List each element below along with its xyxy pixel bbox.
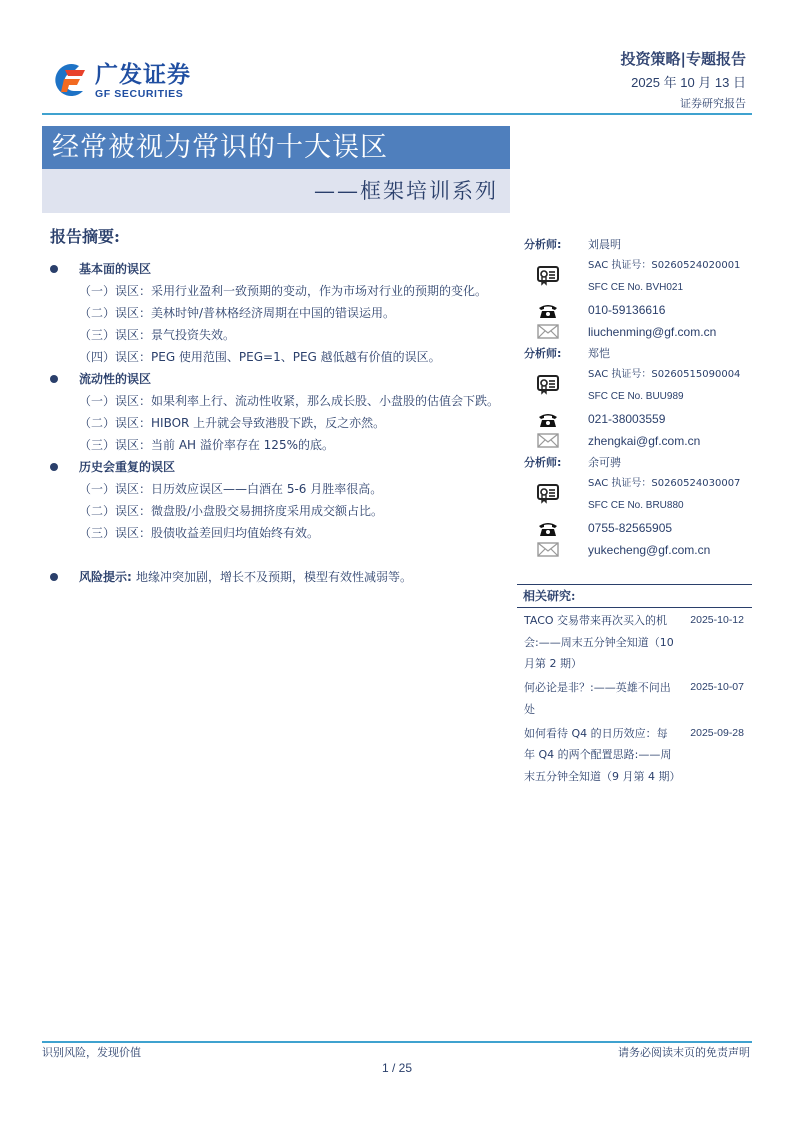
related-research-title[interactable]: 何必论是非？:——英雄不问出处: [524, 677, 676, 720]
analyst-name: 余可骋: [588, 453, 621, 473]
certificate-icon: [537, 375, 559, 395]
analyst-sfc-number: SFC CE No. BUU989: [588, 387, 684, 407]
report-subtitle: ——框架培训系列: [314, 175, 498, 207]
section-title: 基本面的误区: [79, 262, 151, 276]
analyst-card: 分析师: 郑恺 SAC 执证号：S0260515090004 SFC CE No…: [520, 344, 754, 453]
report-title: 经常被视为常识的十大误区: [52, 130, 388, 166]
summary-item: （三）误区：当前 AH 溢价率存在 125%的底。: [42, 434, 512, 456]
risk-label: 风险提示:: [79, 570, 132, 584]
analyst-label: 分析师:: [524, 235, 561, 255]
summary-item: （三）误区：股债收益差回归均值始终有效。: [42, 522, 512, 544]
summary-item: （一）误区：日历效应误区——白酒在 5-6 月胜率很高。: [42, 478, 512, 500]
summary-section-liquidity: 流动性的误区 （一）误区：如果利率上行、流动性收紧，那么成长股、小盘股的估值会下…: [42, 368, 512, 456]
bullet-icon: [50, 375, 58, 383]
summary-body: 基本面的误区 （一）误区：采用行业盈利一致预期的变动，作为市场对行业的预期的变化…: [42, 258, 512, 588]
related-research-heading: 相关研究:: [517, 584, 752, 608]
title-band: 经常被视为常识的十大误区: [42, 126, 510, 169]
analyst-sac-license: SAC 执证号：S0260515090004: [588, 365, 740, 385]
bullet-icon: [50, 463, 58, 471]
analyst-phone: 010-59136616: [588, 300, 665, 320]
report-type: 投资策略|专题报告: [621, 48, 746, 70]
gf-securities-logo: 广发证券 GF SECURITIES: [49, 58, 209, 104]
summary-section-fundamentals: 基本面的误区 （一）误区：采用行业盈利一致预期的变动，作为市场对行业的预期的变化…: [42, 258, 512, 368]
certificate-icon: [537, 484, 559, 504]
subtitle-band: ——框架培训系列: [42, 169, 510, 213]
section-title: 历史会重复的误区: [79, 460, 175, 474]
report-kind: 证券研究报告: [621, 95, 746, 113]
related-research-date: 2025-10-07: [690, 677, 744, 699]
report-date: 2025 年 10 月 13 日: [621, 72, 746, 94]
summary-item: （一）误区：采用行业盈利一致预期的变动，作为市场对行业的预期的变化。: [42, 280, 512, 302]
email-icon: [537, 433, 559, 448]
telephone-icon: [537, 303, 559, 319]
page-number: 1 / 25: [0, 1060, 794, 1076]
telephone-icon: [537, 521, 559, 537]
analyst-name: 刘晨明: [588, 235, 621, 255]
header-meta: 投资策略|专题报告 2025 年 10 月 13 日 证券研究报告: [621, 48, 746, 113]
certificate-icon: [537, 266, 559, 286]
gf-logo-icon: [49, 61, 89, 101]
summary-item: （二）误区：HIBOR 上升就会导致港股下跌，反之亦然。: [42, 412, 512, 434]
telephone-icon: [537, 412, 559, 428]
related-research-item[interactable]: 如何看待 Q4 的日历效应：每年 Q4 的两个配置思路:——周末五分钟全知道（9…: [517, 723, 752, 788]
related-research-title[interactable]: TACO 交易带来再次买入的机会:——周末五分钟全知道（10月第 2 期）: [524, 610, 676, 675]
related-research-date: 2025-09-28: [690, 723, 744, 745]
related-research-item[interactable]: 何必论是非？:——英雄不问出处 2025-10-07: [517, 677, 752, 720]
footer-divider: [42, 1041, 752, 1043]
bullet-icon: [50, 265, 58, 273]
summary-item: （二）误区：美林时钟/普林格经济周期在中国的错误运用。: [42, 302, 512, 324]
analyst-email[interactable]: zhengkai@gf.com.cn: [588, 431, 700, 451]
logo-english-name: GF SECURITIES: [95, 88, 191, 100]
analyst-phone: 0755-82565905: [588, 518, 672, 538]
section-title: 流动性的误区: [79, 372, 151, 386]
analyst-sfc-number: SFC CE No. BRU880: [588, 496, 684, 516]
footer-slogan: 识别风险，发现价值: [42, 1045, 141, 1061]
bullet-icon: [50, 573, 58, 581]
email-icon: [537, 324, 559, 339]
email-icon: [537, 542, 559, 557]
analyst-label: 分析师:: [524, 453, 561, 473]
analyst-label: 分析师:: [524, 344, 561, 364]
related-research-item[interactable]: TACO 交易带来再次买入的机会:——周末五分钟全知道（10月第 2 期） 20…: [517, 610, 752, 675]
related-research-title[interactable]: 如何看待 Q4 的日历效应：每年 Q4 的两个配置思路:——周末五分钟全知道（9…: [524, 723, 676, 788]
header-divider: [42, 113, 752, 115]
related-research: 相关研究: TACO 交易带来再次买入的机会:——周末五分钟全知道（10月第 2…: [517, 584, 752, 788]
footer-disclaimer-note: 请务必阅读末页的免责声明: [618, 1045, 750, 1061]
summary-item: （一）误区：如果利率上行、流动性收紧，那么成长股、小盘股的估值会下跌。: [42, 390, 512, 412]
analyst-phone: 021-38003559: [588, 409, 665, 429]
analyst-sfc-number: SFC CE No. BVH021: [588, 278, 683, 298]
summary-item: （三）误区：景气投资失效。: [42, 324, 512, 346]
risk-text: 地缘冲突加剧，增长不及预期，模型有效性减弱等。: [136, 570, 412, 584]
analyst-card: 分析师: 刘晨明 SAC 执证号：S0260524020001 SFC CE N…: [520, 235, 754, 344]
logo-chinese-name: 广发证券: [95, 62, 191, 88]
analyst-panel: 分析师: 刘晨明 SAC 执证号：S0260524020001 SFC CE N…: [520, 235, 754, 562]
summary-heading: 报告摘要:: [50, 226, 120, 248]
analyst-email[interactable]: yukecheng@gf.com.cn: [588, 540, 710, 560]
analyst-card: 分析师: 余可骋 SAC 执证号：S0260524030007 SFC CE N…: [520, 453, 754, 562]
risk-warning: 风险提示: 地缘冲突加剧，增长不及预期，模型有效性减弱等。: [42, 566, 512, 588]
related-research-date: 2025-10-12: [690, 610, 744, 632]
analyst-email[interactable]: liuchenming@gf.com.cn: [588, 322, 716, 342]
summary-section-history: 历史会重复的误区 （一）误区：日历效应误区——白酒在 5-6 月胜率很高。 （二…: [42, 456, 512, 544]
summary-item: （四）误区：PEG 使用范围、PEG=1、PEG 越低越有价值的误区。: [42, 346, 512, 368]
summary-item: （二）误区：微盘股/小盘股交易拥挤度采用成交额占比。: [42, 500, 512, 522]
analyst-name: 郑恺: [588, 344, 610, 364]
analyst-sac-license: SAC 执证号：S0260524030007: [588, 474, 740, 494]
analyst-sac-license: SAC 执证号：S0260524020001: [588, 256, 740, 276]
